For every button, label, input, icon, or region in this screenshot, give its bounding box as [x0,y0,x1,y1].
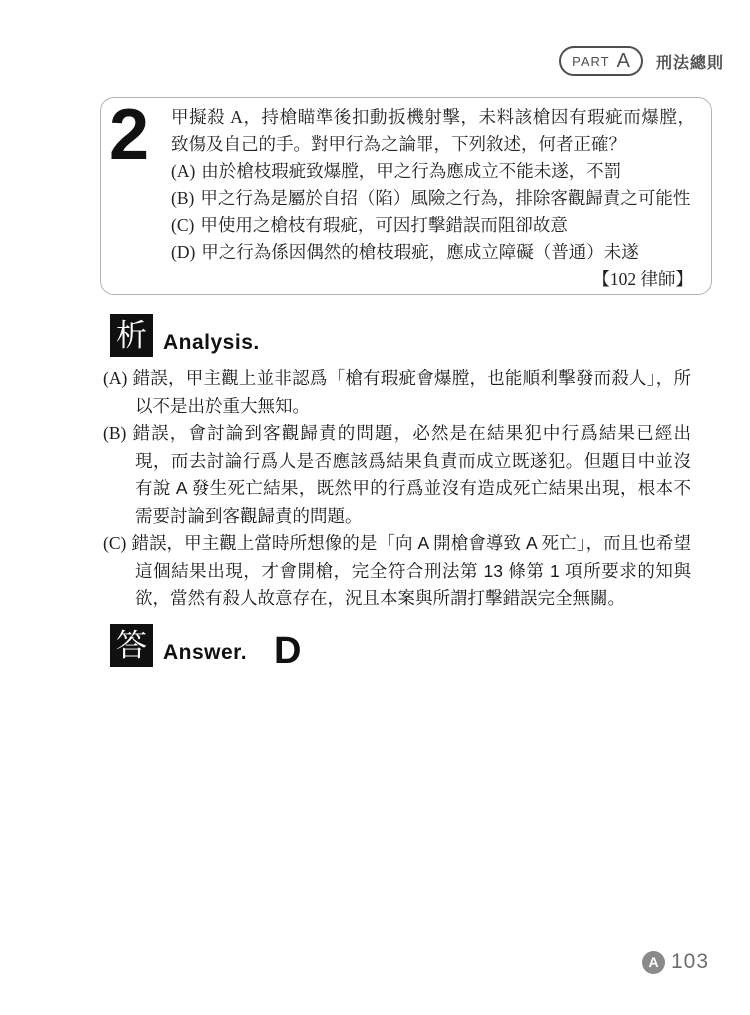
answer-kanji-icon: 答 [110,624,153,667]
part-label: PART [572,54,609,69]
page-number: 103 [671,950,709,974]
analysis-item-text: 錯誤，甲主觀上當時所想像的是「向 A 開槍會導致 A 死亡」，而且也希望這個結果… [131,533,691,608]
question-option-c: (C)甲使用之槍枝有瑕疵，可因打擊錯誤而阻卻故意 [171,212,695,239]
analysis-item-label: (B) [103,423,126,443]
analysis-item-a: (A)錯誤，甲主觀上並非認爲「槍有瑕疵會爆膛，也能順利擊發而殺人」，所以不是出於… [103,365,691,420]
question-number: 2 [109,104,171,294]
answer-row: 答 Answer. D [110,624,303,667]
analysis-item-text: 錯誤，會討論到客觀歸責的問題，必然是在結果犯中行爲結果已經出現，而去討論行爲人是… [131,423,691,526]
option-text: 甲之行為是屬於自招（陷）風險之行為，排除客觀歸責之可能性 [200,188,690,208]
option-text: 甲使用之槍枝有瑕疵，可因打擊錯誤而阻卻故意 [200,215,568,235]
analysis-heading: 析 Analysis. [110,314,260,357]
answer-heading-label: Answer. [163,641,247,667]
option-label: (C) [171,215,194,235]
analysis-kanji-icon: 析 [110,314,153,357]
analysis-item-label: (A) [103,368,127,388]
page-footer: A 103 [642,950,709,974]
part-letter: A [617,51,630,71]
page-header: PART A 刑法總則 [559,46,724,76]
analysis-item-label: (C) [103,533,126,553]
analysis-item-c: (C)錯誤，甲主觀上當時所想像的是「向 A 開槍會導致 A 死亡」，而且也希望這… [103,530,691,613]
answer-value: D [274,635,302,667]
question-body: 甲擬殺 A，持槍瞄準後扣動扳機射擊，未料該槍因有瑕疵而爆膛，致傷及自己的手。對甲… [171,104,695,294]
question-option-a: (A)由於槍枝瑕疵致爆膛，甲之行為應成立不能未遂，不罰 [171,158,695,185]
question-stem: 甲擬殺 A，持槍瞄準後扣動扳機射擊，未料該槍因有瑕疵而爆膛，致傷及自己的手。對甲… [171,104,695,158]
question-card: 2 甲擬殺 A，持槍瞄準後扣動扳機射擊，未料該槍因有瑕疵而爆膛，致傷及自己的手。… [100,97,712,295]
option-text: 甲之行為係因偶然的槍枝瑕疵，應成立障礙（普通）未遂 [201,242,639,262]
analysis-item-text: 錯誤，甲主觀上並非認爲「槍有瑕疵會爆膛，也能順利擊發而殺人」，所以不是出於重大無… [132,368,691,416]
option-label: (B) [171,188,194,208]
question-source: 【102 律師】 [171,266,695,293]
part-badge: PART A [559,46,643,76]
analysis-item-b: (B)錯誤，會討論到客觀歸責的問題，必然是在結果犯中行爲結果已經出現，而去討論行… [103,420,691,530]
option-label: (A) [171,161,195,181]
question-option-b: (B)甲之行為是屬於自招（陷）風險之行為，排除客觀歸責之可能性 [171,185,695,212]
option-label: (D) [171,242,195,262]
part-circle-icon: A [642,951,665,974]
analysis-body: (A)錯誤，甲主觀上並非認爲「槍有瑕疵會爆膛，也能順利擊發而殺人」，所以不是出於… [103,365,691,613]
analysis-heading-label: Analysis. [163,331,260,357]
option-text: 由於槍枝瑕疵致爆膛，甲之行為應成立不能未遂，不罰 [201,161,621,181]
section-title: 刑法總則 [656,50,724,73]
question-option-d: (D)甲之行為係因偶然的槍枝瑕疵，應成立障礙（普通）未遂 [171,239,695,266]
